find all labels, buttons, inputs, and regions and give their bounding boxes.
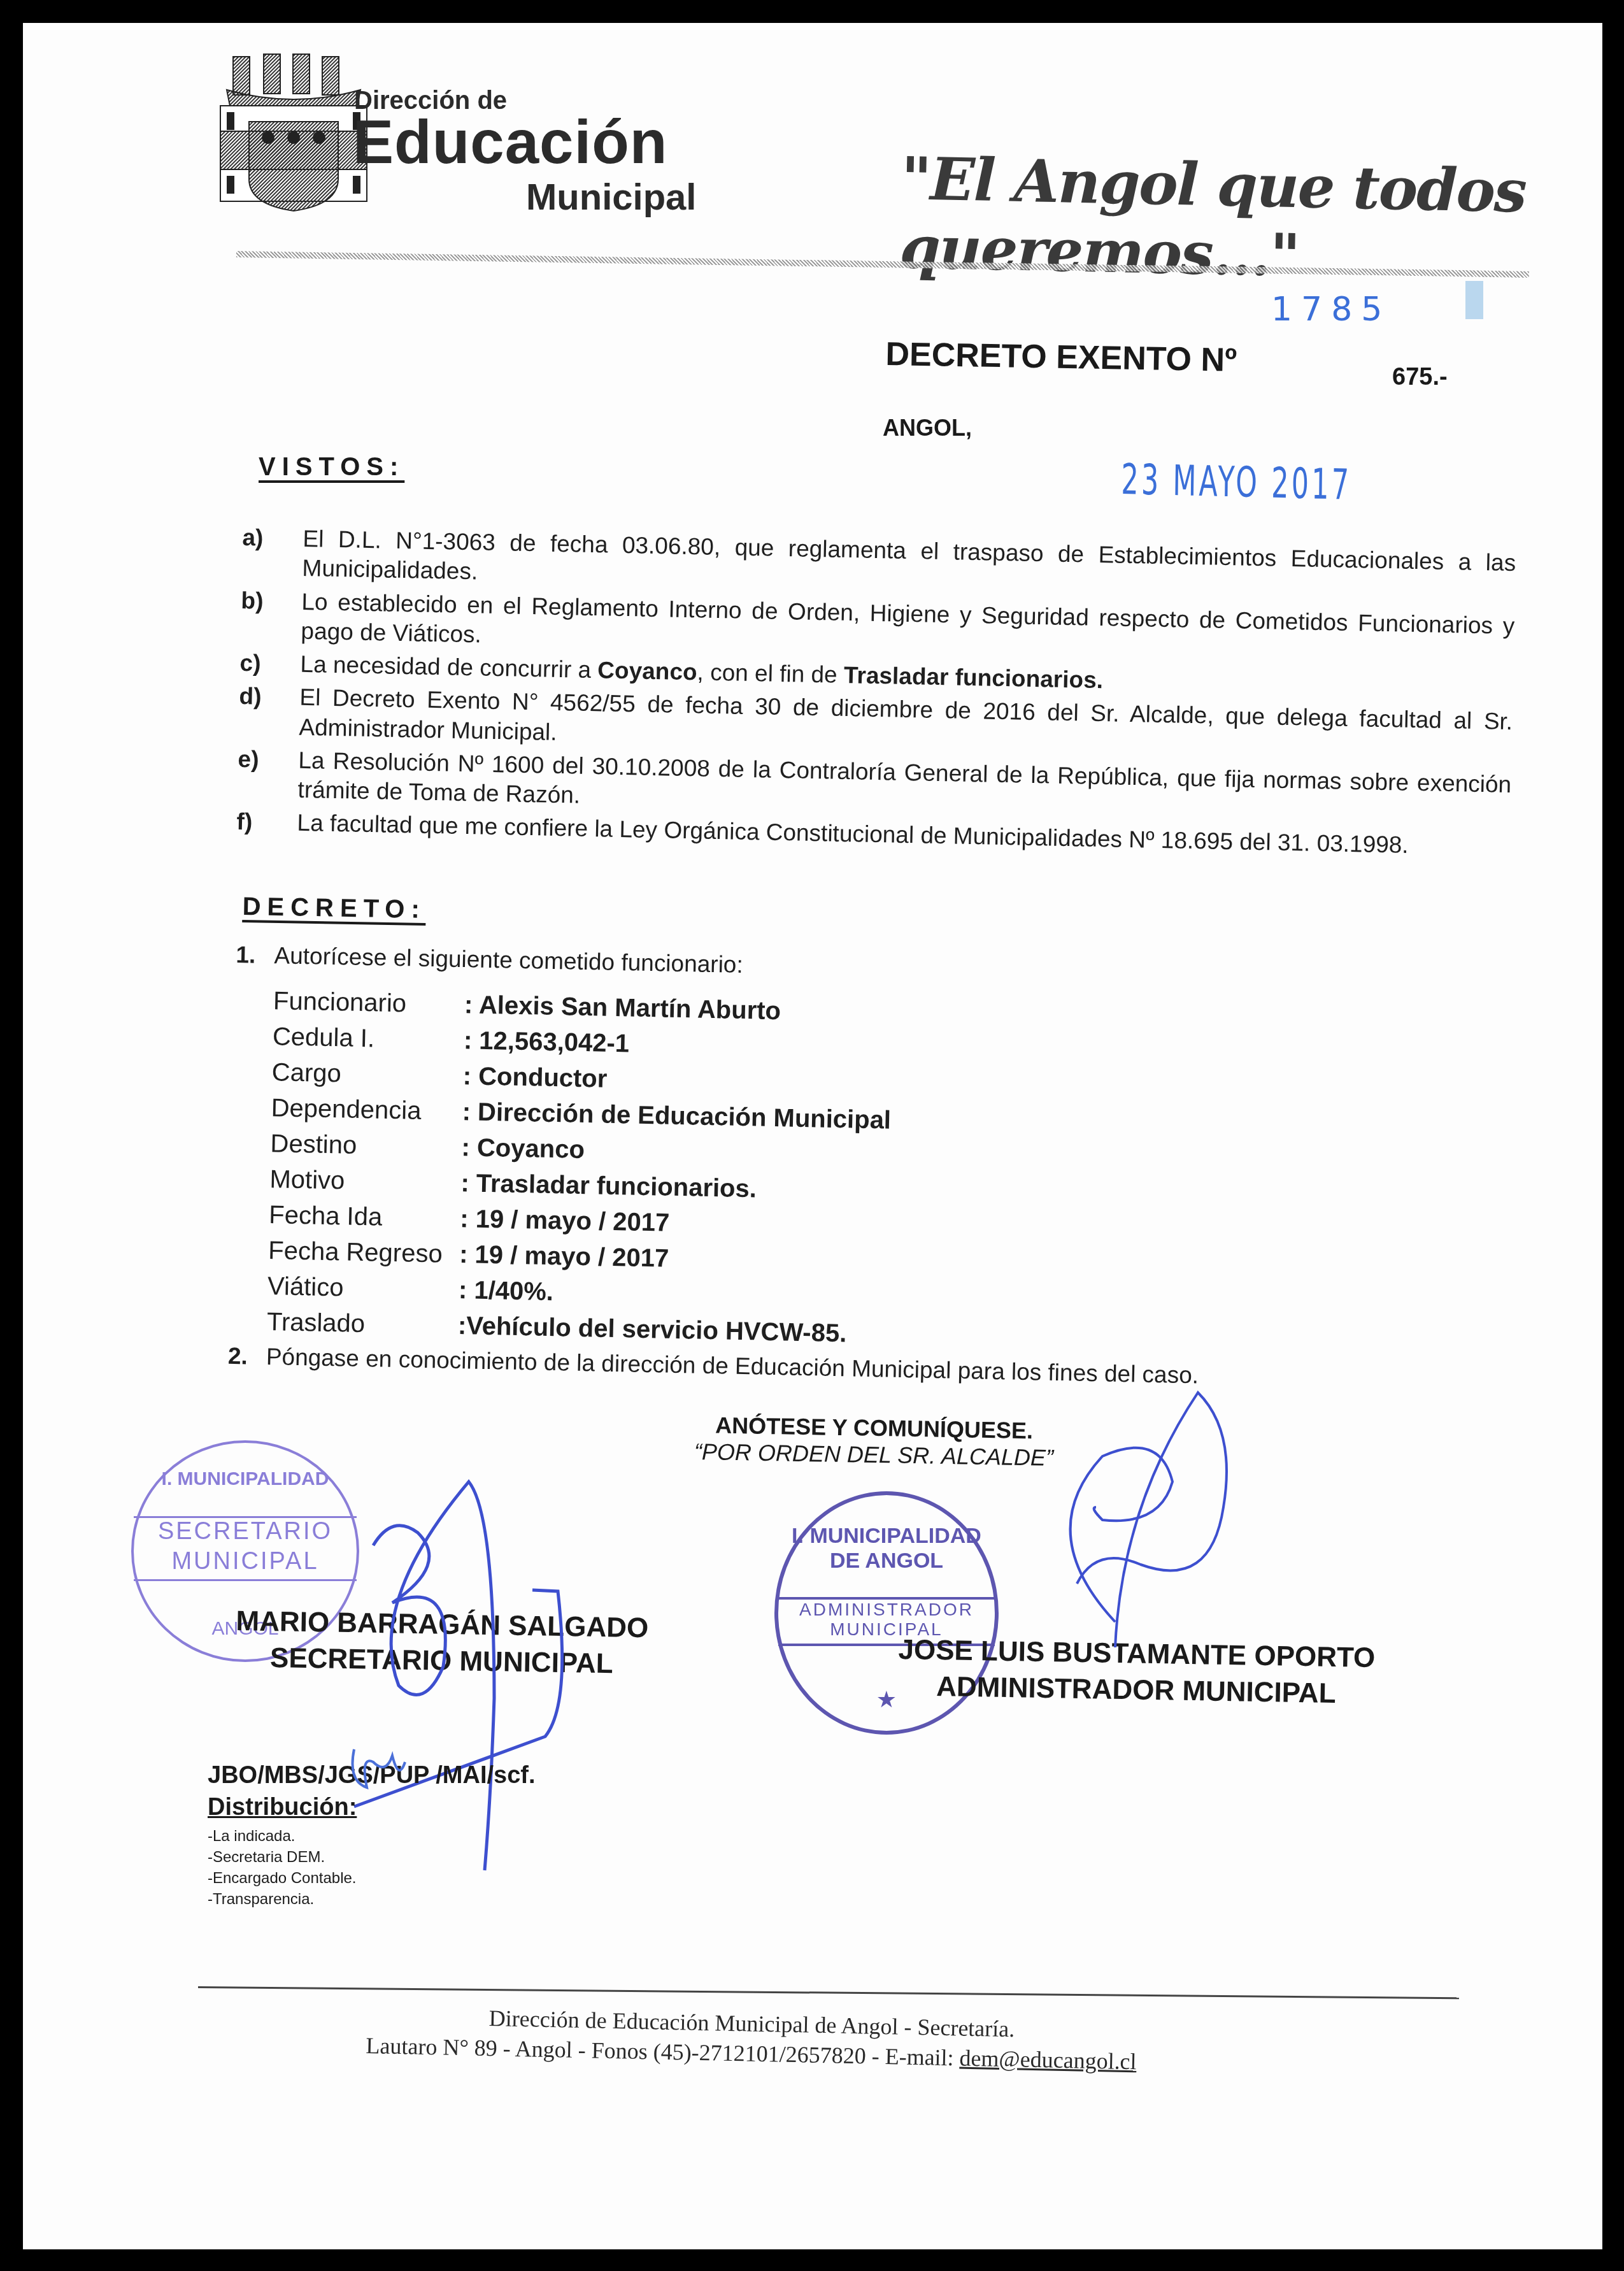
seal-arc-text: I. MUNICIPALIDAD	[134, 1468, 357, 1490]
footer: Dirección de Educación Municipal de Ango…	[366, 2001, 1137, 2077]
commission-fields: Funcionario: Alexis San Martín Aburto Ce…	[266, 983, 1445, 1363]
field-key: Destino	[270, 1126, 462, 1165]
seal-arc-text: I. MUNICIPALIDAD DE ANGOL	[778, 1524, 995, 1573]
seal-line1: ADMINISTRADOR	[778, 1597, 995, 1620]
header-org-line3: Municipal	[526, 176, 696, 219]
distribution-item: -Secretaria DEM.	[208, 1847, 356, 1868]
distribution-item: -Encargado Contable.	[208, 1868, 356, 1889]
right-signature-icon	[994, 1380, 1351, 1647]
text-fragment: , con el fin de	[697, 659, 844, 688]
seal-line1: SECRETARIO	[134, 1516, 357, 1545]
field-value: : 19 / mayo / 2017	[459, 1236, 669, 1277]
field-value: : Conductor	[462, 1058, 608, 1097]
field-value: : Coyanco	[461, 1129, 585, 1168]
seal-line2: MUNICIPAL	[134, 1548, 357, 1581]
field-key: Fecha Regreso	[268, 1233, 460, 1272]
field-key: Funcionario	[273, 983, 465, 1022]
vistos-heading: VISTOS:	[259, 453, 404, 482]
vistos-item-label: e)	[237, 745, 299, 805]
vistos-item-label: f)	[236, 807, 297, 838]
destination-bold: Coyanco	[597, 657, 697, 685]
field-key: Fecha Ida	[269, 1197, 460, 1236]
stamp-mark	[1465, 281, 1483, 319]
vistos-item-label: d)	[238, 682, 300, 741]
decree-number: 675.-	[1392, 364, 1448, 391]
distribution-heading: Distribución:	[208, 1794, 357, 1821]
distribution-item: -Transparencia.	[208, 1889, 356, 1910]
registry-number-stamp: 1785	[1271, 290, 1391, 329]
decreto-item-text: Autorícese el siguiente cometido funcion…	[274, 941, 743, 980]
vistos-item-label: c)	[239, 648, 301, 679]
field-value: : 12,563,042-1	[463, 1022, 629, 1061]
left-signature-icon	[354, 1475, 673, 1921]
purpose-bold: Trasladar funcionarios.	[844, 662, 1104, 693]
vistos-item-label: a)	[241, 523, 303, 583]
text-fragment: La necesidad de concurrir a	[300, 651, 598, 683]
vistos-list: a) El D.L. N°1-3063 de fecha 03.06.80, q…	[236, 523, 1516, 866]
field-value: : Alexis San Martín Aburto	[464, 987, 781, 1029]
field-key: Viático	[267, 1268, 459, 1308]
decree-place: ANGOL,	[883, 415, 972, 441]
footer-email-link[interactable]: dem@educangol.cl	[959, 2045, 1137, 2074]
field-key: Cedula I.	[272, 1019, 464, 1058]
initials-mark-icon	[348, 1743, 424, 1800]
field-value: : 1/40%.	[458, 1272, 553, 1310]
field-value: :Vehículo del servicio HVCW-85.	[457, 1308, 847, 1351]
municipal-crest-icon	[214, 52, 373, 214]
vistos-item-label: b)	[240, 585, 302, 645]
field-key: Traslado	[266, 1304, 458, 1343]
decreto-item-label: 1.	[236, 940, 274, 970]
field-value: : 19 / mayo / 2017	[460, 1201, 670, 1241]
field-key: Cargo	[271, 1054, 463, 1094]
distribution-item: -La indicada.	[208, 1826, 356, 1847]
footer-divider	[198, 1986, 1459, 1999]
field-key: Dependencia	[271, 1090, 462, 1129]
header-org-line2: Educación	[353, 112, 667, 173]
decreto-heading: DECRETO:	[242, 892, 426, 924]
field-value: : Trasladar funcionarios.	[460, 1165, 757, 1207]
distribution-list: -La indicada. -Secretaria DEM. -Encargad…	[208, 1826, 356, 1910]
decreto-item-label: 2.	[227, 1342, 266, 1372]
field-key: Motivo	[269, 1161, 461, 1201]
document-page: Dirección de Educación Municipal "El Ang…	[23, 23, 1602, 2249]
decreto-block: 1. Autorícese el siguiente cometido func…	[227, 940, 1446, 1395]
decree-title: DECRETO EXENTO Nº	[885, 335, 1237, 380]
date-stamp: 23 MAYO 2017	[1121, 455, 1352, 510]
